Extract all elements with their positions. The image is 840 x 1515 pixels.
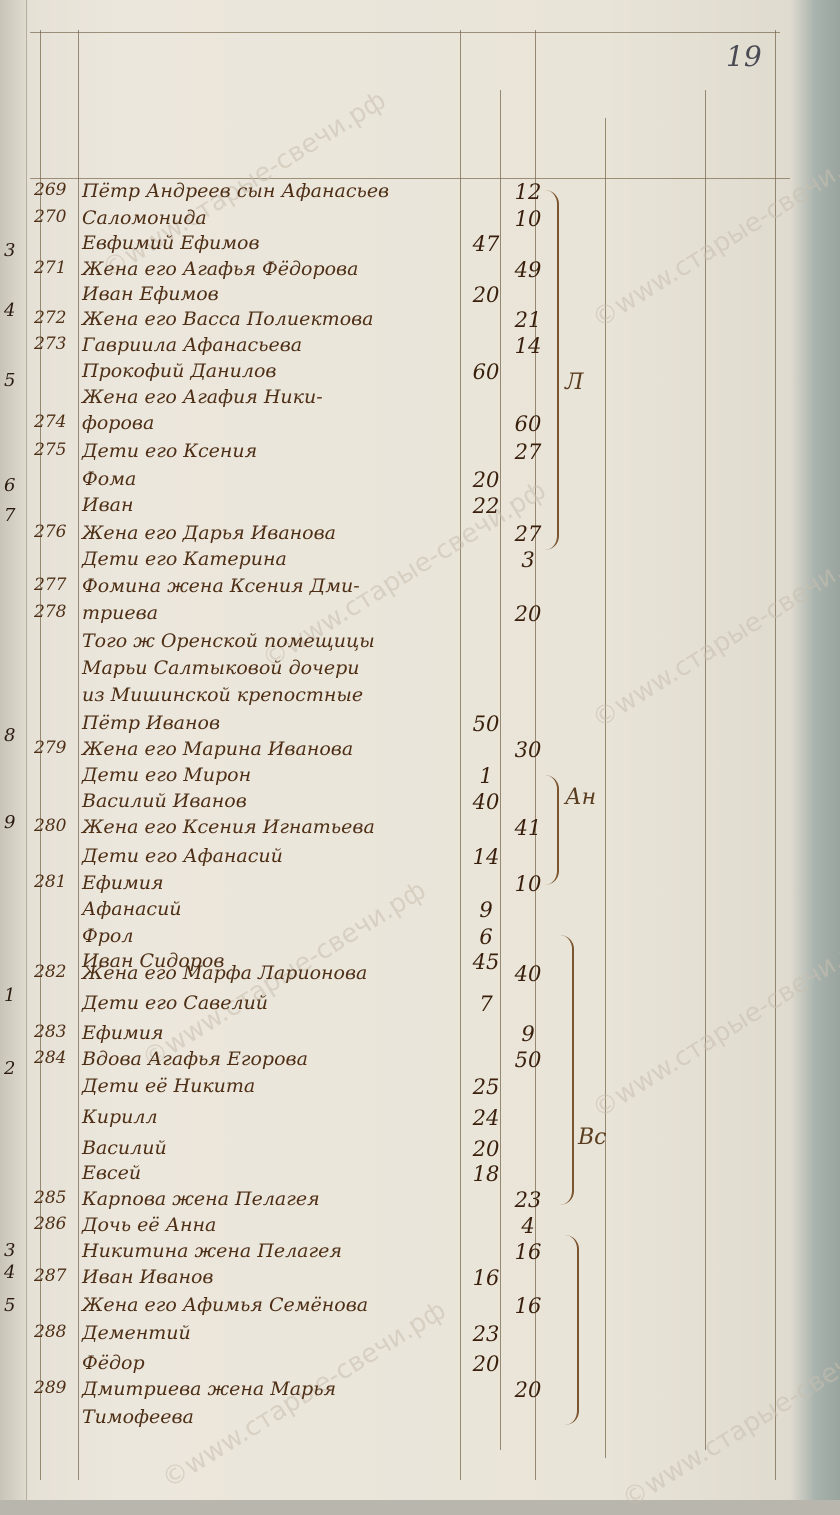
census-entry: 280Жена его Ксения Игнатьева41: [0, 816, 840, 844]
census-entry: 276Жена его Дарья Иванова27: [0, 522, 840, 550]
census-entry: Фома20: [0, 468, 840, 496]
left-margin-mark: 9: [4, 812, 15, 833]
census-entry: Жена его Афимья Семёнова16: [0, 1294, 840, 1322]
entry-name: Фёдор: [82, 1352, 145, 1374]
entry-name: Дементий: [82, 1322, 191, 1344]
census-entry: 272Жена его Васса Полиектова21: [0, 308, 840, 336]
entry-name: Ефимия: [82, 872, 164, 894]
entry-name: Жена его Агафья Фёдорова: [82, 258, 358, 280]
census-entry: Того ж Оренской помещицы: [0, 630, 840, 658]
female-age: 60: [508, 412, 548, 436]
male-age: 9: [466, 898, 506, 922]
family-bracket: [560, 935, 574, 1205]
female-age: 12: [508, 180, 548, 204]
male-age: 22: [466, 494, 506, 518]
male-age: 14: [466, 845, 506, 869]
entry-name: Жена его Ксения Игнатьева: [82, 816, 375, 838]
census-entry: Дети её Никита25: [0, 1075, 840, 1103]
female-age: 21: [508, 308, 548, 332]
entry-name: Дочь её Анна: [82, 1214, 216, 1236]
census-entry: 288Дементий23: [0, 1322, 840, 1350]
margin-note: Ан: [565, 785, 596, 810]
census-entry: Дети его Савелий7: [0, 992, 840, 1020]
entry-number: 279: [34, 738, 66, 758]
entry-name: Саломонида: [82, 207, 207, 229]
entry-number: 274: [34, 412, 66, 432]
census-entry: 284Вдова Агафья Егорова50: [0, 1048, 840, 1076]
census-entry: 269Пётр Андреев сын Афанасьев12: [0, 180, 840, 208]
census-entry: 287Иван Иванов16: [0, 1266, 840, 1294]
entry-name: Дети его Афанасий: [82, 845, 283, 867]
census-entry: из Мишинской крепостные: [0, 684, 840, 712]
male-age: 6: [466, 925, 506, 949]
female-age: 3: [508, 548, 548, 572]
entry-name: Фомина жена Ксения Дми-: [82, 575, 360, 597]
male-age: 47: [466, 232, 506, 256]
entry-number: 276: [34, 522, 66, 542]
entry-name: Карпова жена Пелагея: [82, 1188, 320, 1210]
male-age: 16: [466, 1266, 506, 1290]
census-entry: 275Дети его Ксения27: [0, 440, 840, 468]
entry-name: Василий Иванов: [82, 790, 247, 812]
entry-name: Вдова Агафья Егорова: [82, 1048, 308, 1070]
female-age: 16: [508, 1240, 548, 1264]
family-bracket: [545, 190, 559, 550]
entry-name: Пётр Иванов: [82, 712, 220, 734]
census-entry: Пётр Иванов50: [0, 712, 840, 740]
entry-name: Жена его Марина Иванова: [82, 738, 353, 760]
entry-name: Никитина жена Пелагея: [82, 1240, 342, 1262]
entry-name: из Мишинской крепостные: [82, 684, 363, 706]
entry-number: 283: [34, 1022, 66, 1042]
census-entry: Иван22: [0, 494, 840, 522]
entry-number: 272: [34, 308, 66, 328]
male-age: 1: [466, 764, 506, 788]
margin-note: Вс: [578, 1125, 607, 1150]
entry-name: Дети его Савелий: [82, 992, 268, 1014]
census-entry: Василий20: [0, 1137, 840, 1165]
entry-number: 282: [34, 962, 66, 982]
census-entry: Никитина жена Пелагея16: [0, 1240, 840, 1268]
left-margin-mark: 6: [4, 475, 15, 496]
census-entry: Жена его Агафия Ники-: [0, 386, 840, 414]
entry-number: 280: [34, 816, 66, 836]
census-entry: 271Жена его Агафья Фёдорова49: [0, 258, 840, 286]
census-entry: Евсей18: [0, 1162, 840, 1190]
entry-name: Дмитриева жена Марья: [82, 1378, 336, 1400]
male-age: 7: [466, 992, 506, 1016]
family-bracket: [565, 1235, 579, 1425]
census-entry: Евфимий Ефимов47: [0, 232, 840, 260]
margin-note: Л: [565, 370, 583, 395]
female-age: 10: [508, 872, 548, 896]
entry-name: Марьи Салтыковой дочери: [82, 657, 360, 679]
entry-number: 273: [34, 334, 66, 354]
entry-name: Дети его Катерина: [82, 548, 287, 570]
page-number: 19: [726, 40, 762, 73]
census-entry: Фёдор20: [0, 1352, 840, 1380]
left-margin-mark: 1: [4, 985, 15, 1006]
left-margin-mark: 7: [4, 505, 15, 526]
male-age: 18: [466, 1162, 506, 1186]
entry-name: Жена его Агафия Ники-: [82, 386, 323, 408]
census-entry: Марьи Салтыковой дочери: [0, 657, 840, 685]
entry-name: Афанасий: [82, 898, 182, 920]
entry-name: Евсей: [82, 1162, 141, 1184]
entry-name: форова: [82, 412, 154, 434]
left-margin-mark: 4: [4, 300, 15, 321]
header-rule: [30, 178, 790, 179]
entry-number: 278: [34, 602, 66, 622]
census-entry: Тимофеева: [0, 1406, 840, 1434]
female-age: 27: [508, 440, 548, 464]
entry-name: Жена его Марфа Ларионова: [82, 962, 367, 984]
left-margin-mark: 3: [4, 240, 15, 261]
entry-name: Ефимия: [82, 1022, 164, 1044]
top-rule: [30, 32, 780, 33]
entry-name: Тимофеева: [82, 1406, 194, 1428]
entry-name: Жена его Дарья Иванова: [82, 522, 336, 544]
census-entry: 273Гавриила Афанасьева14: [0, 334, 840, 362]
census-entry: 279Жена его Марина Иванова30: [0, 738, 840, 766]
census-entry: 286Дочь её Анна4: [0, 1214, 840, 1242]
census-entry: 289Дмитриева жена Марья20: [0, 1378, 840, 1406]
left-margin-mark: 5: [4, 370, 15, 391]
male-age: 23: [466, 1322, 506, 1346]
male-age: 20: [466, 1137, 506, 1161]
entry-number: 289: [34, 1378, 66, 1398]
left-margin-mark: 4: [4, 1262, 15, 1283]
left-margin-mark: 3: [4, 1240, 15, 1261]
female-age: 40: [508, 962, 548, 986]
entry-number: 285: [34, 1188, 66, 1208]
entry-name: Жена его Васса Полиектова: [82, 308, 374, 330]
male-age: 25: [466, 1075, 506, 1099]
entry-number: 284: [34, 1048, 66, 1068]
family-bracket: [545, 775, 559, 885]
female-age: 50: [508, 1048, 548, 1072]
census-entry: Афанасий9: [0, 898, 840, 926]
census-entry: 274форова60: [0, 412, 840, 440]
female-age: 23: [508, 1188, 548, 1212]
female-age: 14: [508, 334, 548, 358]
left-margin-mark: 5: [4, 1295, 15, 1316]
census-entry: Дети его Афанасий14: [0, 845, 840, 873]
entry-name: Кирилл: [82, 1106, 158, 1128]
entry-number: 281: [34, 872, 66, 892]
male-age: 20: [466, 468, 506, 492]
entry-number: 269: [34, 180, 66, 200]
entry-name: Фрол: [82, 925, 133, 947]
entry-name: Гавриила Афанасьева: [82, 334, 302, 356]
entry-number: 287: [34, 1266, 66, 1286]
entry-number: 288: [34, 1322, 66, 1342]
entry-name: Дети его Ксения: [82, 440, 257, 462]
census-entry: 277Фомина жена Ксения Дми-: [0, 575, 840, 603]
female-age: 20: [508, 1378, 548, 1402]
census-entry: 283Ефимия9: [0, 1022, 840, 1050]
entry-name: Иван Иванов: [82, 1266, 213, 1288]
left-margin-mark: 8: [4, 725, 15, 746]
entry-name: Евфимий Ефимов: [82, 232, 260, 254]
census-entry: 282Жена его Марфа Ларионова40: [0, 962, 840, 990]
entry-name: Василий: [82, 1137, 167, 1159]
female-age: 4: [508, 1214, 548, 1238]
female-age: 27: [508, 522, 548, 546]
census-entry: 281Ефимия10: [0, 872, 840, 900]
entry-number: 275: [34, 440, 66, 460]
male-age: 60: [466, 360, 506, 384]
entry-number: 286: [34, 1214, 66, 1234]
entry-number: 277: [34, 575, 66, 595]
entry-name: Того ж Оренской помещицы: [82, 630, 375, 652]
female-age: 30: [508, 738, 548, 762]
census-entry: Дети его Катерина3: [0, 548, 840, 576]
male-age: 50: [466, 712, 506, 736]
entry-number: 270: [34, 207, 66, 227]
census-entry: Василий Иванов40: [0, 790, 840, 818]
census-entry: 270Саломонида10: [0, 207, 840, 235]
female-age: 41: [508, 816, 548, 840]
census-entry: Дети его Мирон1: [0, 764, 840, 792]
entry-name: Иван Ефимов: [82, 283, 219, 305]
male-age: 40: [466, 790, 506, 814]
entry-name: Фома: [82, 468, 136, 490]
census-entry: 285Карпова жена Пелагея23: [0, 1188, 840, 1216]
census-entry: 278триева20: [0, 602, 840, 630]
entry-name: Жена его Афимья Семёнова: [82, 1294, 368, 1316]
female-age: 9: [508, 1022, 548, 1046]
female-age: 16: [508, 1294, 548, 1318]
entry-name: Пётр Андреев сын Афанасьев: [82, 180, 389, 202]
entry-number: 271: [34, 258, 66, 278]
entry-name: Дети его Мирон: [82, 764, 251, 786]
left-margin-mark: 2: [4, 1058, 15, 1079]
entry-name: триева: [82, 602, 158, 624]
census-entry: Кирилл24: [0, 1106, 840, 1134]
female-age: 49: [508, 258, 548, 282]
entry-name: Иван: [82, 494, 133, 516]
census-entry: Иван Ефимов20: [0, 283, 840, 311]
female-age: 20: [508, 602, 548, 626]
entry-name: Прокофий Данилов: [82, 360, 276, 382]
female-age: 10: [508, 207, 548, 231]
census-entry: Фрол6: [0, 925, 840, 953]
census-entry: Прокофий Данилов60: [0, 360, 840, 388]
entry-name: Дети её Никита: [82, 1075, 255, 1097]
census-page: 19 ©www.старые-свечи.рф ©www.старые-свеч…: [0, 0, 840, 1500]
male-age: 20: [466, 1352, 506, 1376]
male-age: 20: [466, 283, 506, 307]
male-age: 24: [466, 1106, 506, 1130]
